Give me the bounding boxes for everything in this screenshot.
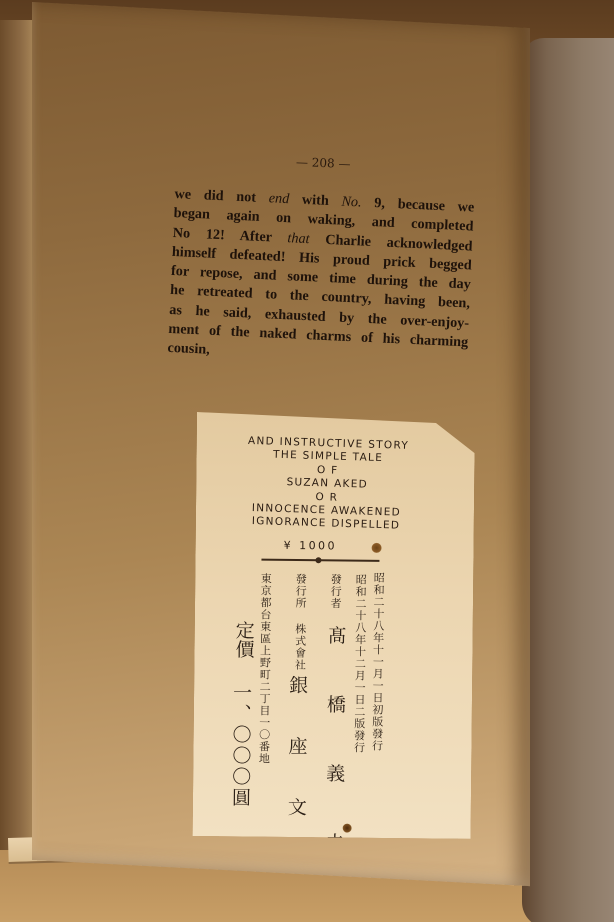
colophon-label: AND INSTRUCTIVE STORY THE SIMPLE TALE O …	[193, 412, 475, 839]
ink-stain	[372, 543, 382, 553]
page-body-text: we did not end with No. 9, because we be…	[167, 185, 475, 372]
left-book-edge	[0, 20, 34, 850]
second-edition-date: 昭和二十八年十二月一日二版發行	[350, 574, 368, 754]
issuer-address: 東京都台東區上野町二丁目一〇番地	[255, 573, 273, 765]
price-text: ¥ 1000	[284, 539, 338, 553]
ornamental-divider	[261, 559, 379, 562]
page-number: — 208 —	[296, 155, 351, 171]
english-title-block: AND INSTRUCTIVE STORY THE SIMPLE TALE O …	[195, 433, 460, 535]
first-edition-date: 昭和二十八年十一月一日初版發行	[368, 572, 386, 752]
ink-stain	[343, 824, 352, 833]
issuer-role: 發行所	[292, 573, 308, 609]
adjacent-book	[522, 38, 614, 922]
price-value: 一、〇〇〇圓	[227, 682, 255, 808]
issuer-type: 株式會社	[291, 623, 308, 671]
price-label: 定價	[230, 620, 257, 658]
publisher-role: 發行者	[327, 573, 343, 609]
